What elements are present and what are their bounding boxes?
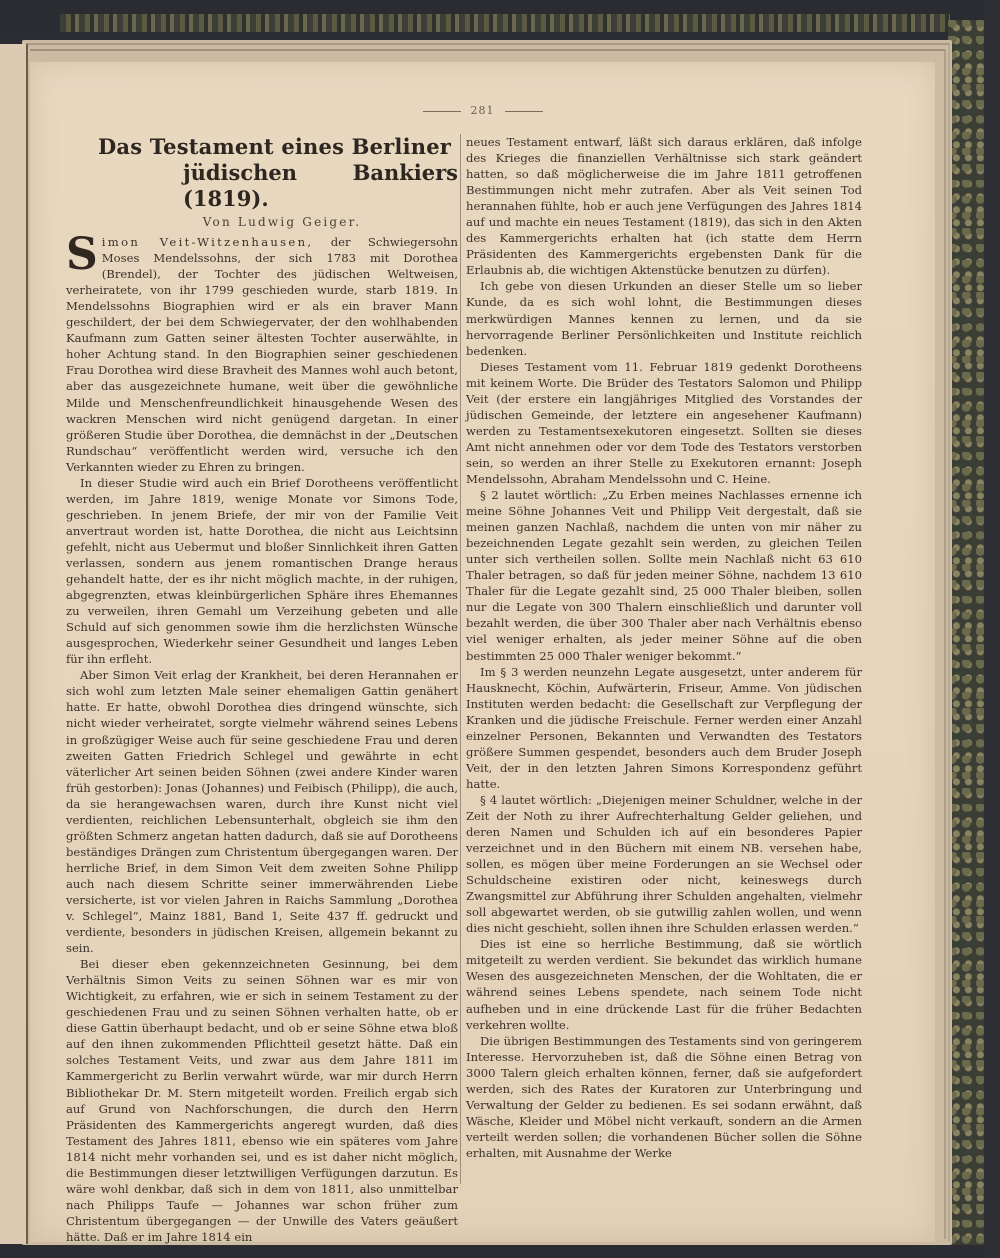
column-divider [460, 134, 461, 1184]
paragraph: Bei dieser eben gekennzeichneten Gesinnu… [66, 956, 458, 1245]
book-scan: 281 Das Testament eines Berliner jüdisch… [0, 0, 1000, 1258]
article-byline: Von Ludwig Geiger. [106, 214, 458, 230]
previous-page-edge [0, 44, 28, 1244]
page-number-rule [505, 111, 543, 112]
paragraph: Im § 3 werden neunzehn Legate ausgesetzt… [466, 664, 862, 792]
lead-in: imon Veit-Witzenhausen, [102, 235, 314, 249]
page-number-rule [423, 111, 461, 112]
paragraph: neues Testament entwarf, läßt sich darau… [466, 134, 862, 278]
book-page: 281 Das Testament eines Berliner jüdisch… [30, 62, 935, 1242]
paragraph: Simon Veit-Witzenhausen, der Schwiegerso… [66, 234, 458, 475]
article-title-line-1: Das Testament eines Berliner [66, 134, 458, 160]
marbled-cover-edge-top [60, 14, 950, 32]
paragraph: § 2 lautet wörtlich: „Zu Erben meines Na… [466, 487, 862, 664]
drop-cap: S [66, 236, 98, 274]
page-number: 281 [30, 104, 935, 117]
left-column: Das Testament eines Berliner jüdischen B… [66, 134, 458, 1245]
page-number-text: 281 [471, 104, 495, 117]
right-column: neues Testament entwarf, läßt sich darau… [466, 134, 862, 1161]
paragraph: Die übrigen Bestimmungen des Testaments … [466, 1033, 862, 1161]
paragraph: In dieser Studie wird auch ein Brief Dor… [66, 475, 458, 668]
paragraph-text: der Schwiegersohn Moses Mendelssohns, de… [66, 235, 458, 474]
marbled-cover-edge-right [948, 20, 984, 1245]
article-title: Das Testament eines Berliner jüdischen B… [66, 134, 458, 212]
article-title-line-2: jüdischen Bankiers (1819). [66, 160, 458, 212]
book-cover-right-edge [984, 0, 1000, 1258]
paragraph: Dies ist eine so herrliche Bestimmung, d… [466, 936, 862, 1032]
paragraph: Ich gebe von diesen Urkunden an dieser S… [466, 278, 862, 358]
paragraph: Dieses Testament vom 11. Februar 1819 ge… [466, 359, 862, 487]
paragraph: § 4 lautet wörtlich: „Diejenigen meiner … [466, 792, 862, 936]
paragraph: Aber Simon Veit erlag der Krankheit, bei… [66, 667, 458, 956]
